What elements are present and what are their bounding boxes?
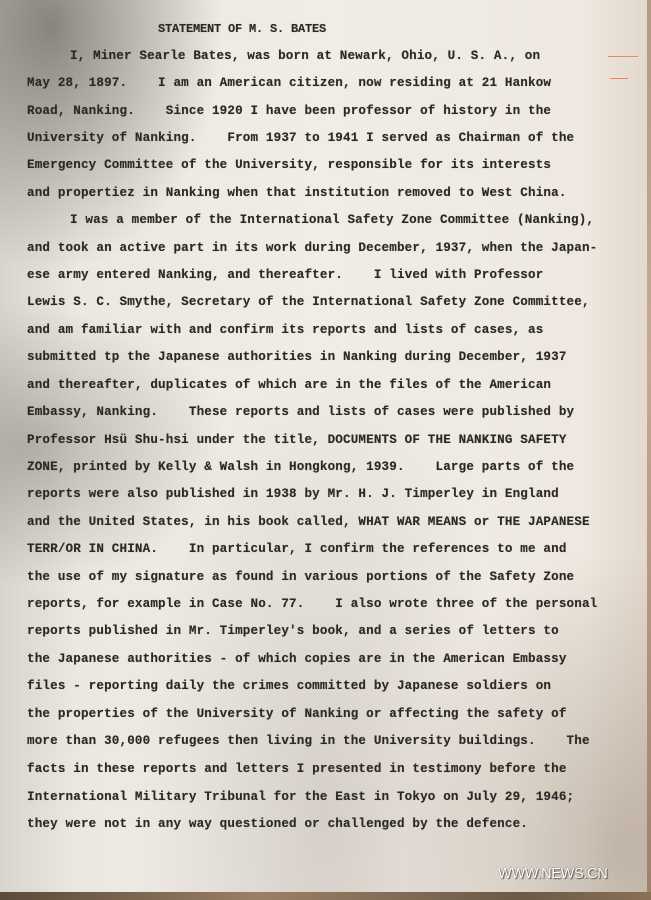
text-line: reports published in Mr. Timperley's boo… xyxy=(27,623,559,639)
text-line: and the United States, in his book calle… xyxy=(27,514,590,530)
text-line: I was a member of the International Safe… xyxy=(70,212,594,228)
text-line: and thereafter, duplicates of which are … xyxy=(27,377,551,393)
text-line: ZONE, printed by Kelly & Walsh in Hongko… xyxy=(27,459,574,475)
margin-mark xyxy=(610,78,628,79)
text-line: Lewis S. C. Smythe, Secretary of the Int… xyxy=(27,294,590,310)
text-line: and propertiez in Nanking when that inst… xyxy=(27,185,567,201)
text-line: and am familiar with and confirm its rep… xyxy=(27,322,543,338)
text-line: I, Miner Searle Bates, was born at Newar… xyxy=(70,48,540,64)
text-line: Embassy, Nanking. These reports and list… xyxy=(27,404,574,420)
text-line: Emergency Committee of the University, r… xyxy=(27,157,551,173)
text-line: Road, Nanking. Since 1920 I have been pr… xyxy=(27,103,551,119)
text-line: International Military Tribunal for the … xyxy=(27,789,574,805)
text-line: and took an active part in its work duri… xyxy=(27,240,597,256)
text-line: the use of my signature as found in vari… xyxy=(27,569,574,585)
text-line: the Japanese authorities - of which copi… xyxy=(27,651,567,667)
text-line: files - reporting daily the crimes commi… xyxy=(27,678,551,694)
margin-mark xyxy=(608,56,638,57)
text-line: more than 30,000 refugees then living in… xyxy=(27,733,590,749)
text-line: University of Nanking. From 1937 to 1941… xyxy=(27,130,574,146)
watermark: WWW.NEWS.CN xyxy=(498,866,607,882)
text-line: TERR/OR IN CHINA. In particular, I confi… xyxy=(27,541,567,557)
page-bottom-edge xyxy=(0,892,651,900)
text-line: facts in these reports and letters I pre… xyxy=(27,761,567,777)
page-edge xyxy=(647,0,651,893)
text-line: reports, for example in Case No. 77. I a… xyxy=(27,596,597,612)
document-title: STATEMENT OF M. S. BATES xyxy=(158,21,326,37)
text-line: reports were also published in 1938 by M… xyxy=(27,486,559,502)
text-line: the properties of the University of Nank… xyxy=(27,706,567,722)
text-line: ese army entered Nanking, and thereafter… xyxy=(27,267,543,283)
text-line: May 28, 1897. I am an American citizen, … xyxy=(27,75,551,91)
text-line: submitted tp the Japanese authorities in… xyxy=(27,349,567,365)
text-line: they were not in any way questioned or c… xyxy=(27,816,528,832)
text-line: Professor Hsü Shu-hsi under the title, D… xyxy=(27,432,567,448)
